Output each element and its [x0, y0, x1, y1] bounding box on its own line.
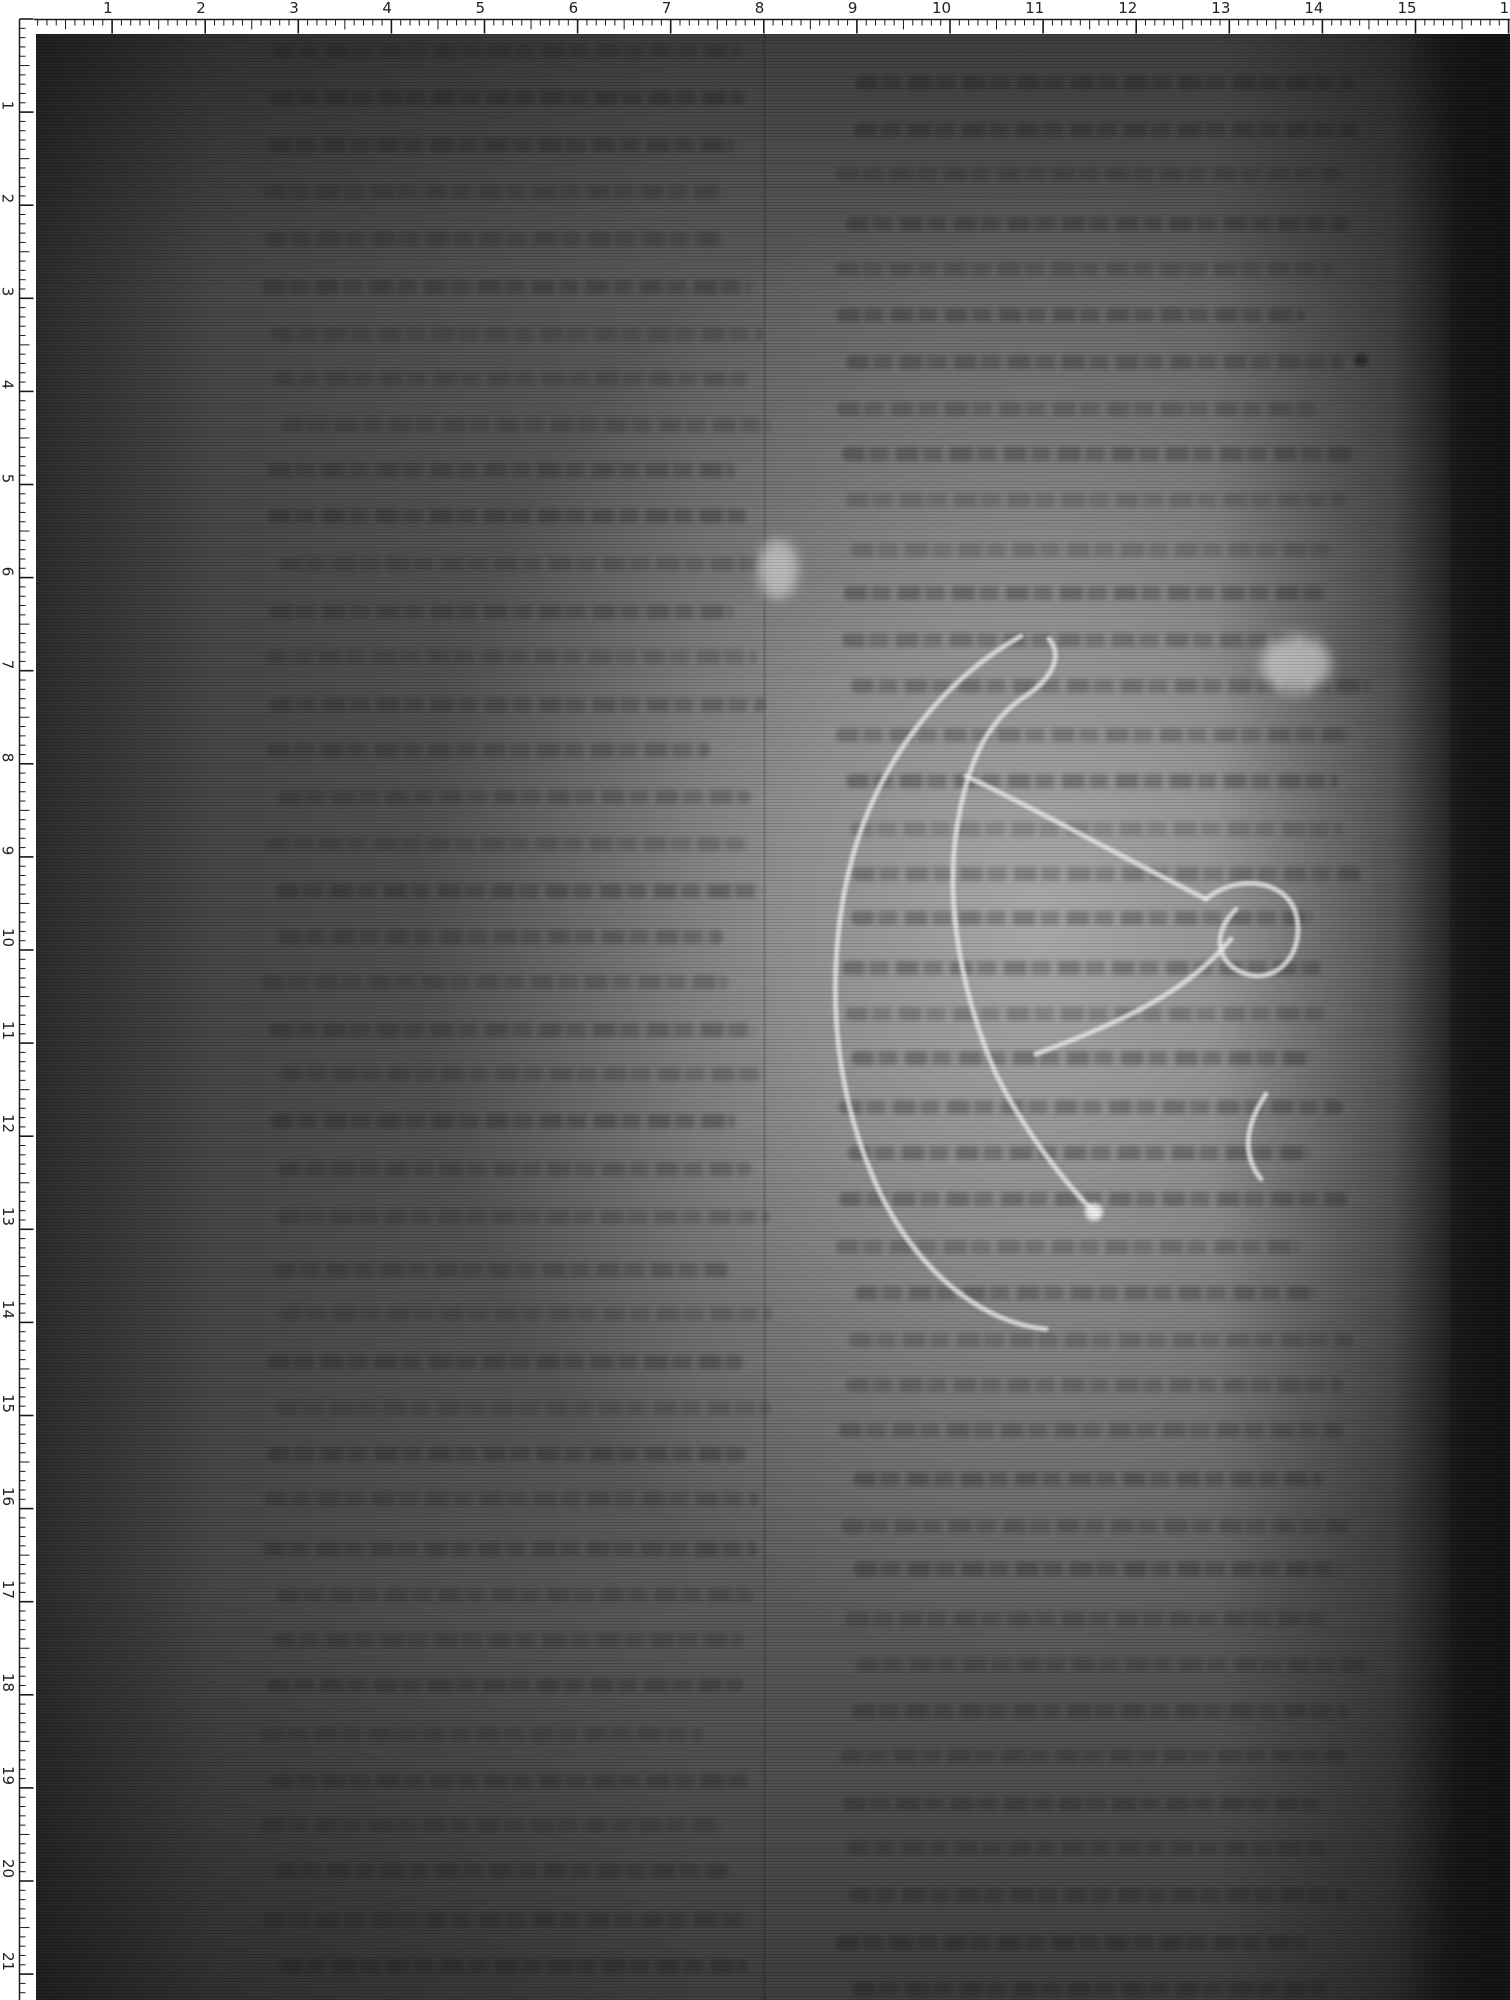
- left-ruler-label: 4: [0, 380, 14, 390]
- left-ruler-ticks: [0, 0, 34, 2000]
- left-ruler-label: 18: [0, 1673, 15, 1692]
- left-ruler-label: 7: [0, 659, 14, 669]
- left-ruler-label: 2: [0, 194, 14, 204]
- left-ruler-label: 6: [0, 566, 14, 576]
- left-ruler-label: 15: [0, 1393, 15, 1412]
- top-ruler-label: 15: [1398, 1, 1417, 16]
- left-ruler-label: 19: [0, 1766, 15, 1785]
- left-ruler-label: 5: [0, 473, 14, 483]
- left-ruler-label: 1: [0, 101, 14, 111]
- top-ruler-label: 13: [1211, 1, 1230, 16]
- left-ruler-label: 10: [0, 928, 15, 947]
- left-ruler-label: 21: [0, 1952, 15, 1971]
- left-ruler-label: 13: [0, 1207, 15, 1226]
- left-ruler-label: 9: [0, 846, 14, 856]
- scan-shading-top: [36, 34, 1510, 294]
- scan-right-edge-band: [1450, 34, 1510, 2000]
- left-ruler-label: 14: [0, 1300, 15, 1319]
- manuscript-scan: [36, 34, 1510, 2000]
- left-ruler-label: 20: [0, 1859, 15, 1878]
- left-ruler-label: 3: [0, 287, 14, 297]
- top-ruler-label: 14: [1304, 1, 1323, 16]
- top-ruler-label: 5: [476, 1, 486, 16]
- top-ruler-label: 1: [103, 1, 113, 16]
- left-ruler-label: 8: [0, 753, 14, 763]
- top-ruler-label: 4: [382, 1, 392, 16]
- left-ruler-label: 11: [0, 1021, 15, 1040]
- top-ruler-label: 1: [1500, 1, 1510, 16]
- top-ruler-label: 9: [848, 1, 858, 16]
- top-ruler-label: 10: [932, 1, 951, 16]
- top-ruler-label: 8: [755, 1, 765, 16]
- top-ruler-label: 11: [1025, 1, 1044, 16]
- left-ruler-label: 16: [0, 1487, 15, 1506]
- top-ruler-label: 2: [196, 1, 206, 16]
- top-ruler-label: 6: [569, 1, 579, 16]
- scan-shading-bottom: [36, 1580, 1510, 2000]
- top-ruler: 01234567891011121314151: [0, 0, 1510, 34]
- top-ruler-label: 12: [1118, 1, 1137, 16]
- left-ruler-label: 12: [0, 1114, 15, 1133]
- top-ruler-label: 3: [289, 1, 299, 16]
- left-ruler: 123456789101112131415161718192021: [0, 0, 34, 2000]
- top-ruler-label: 7: [662, 1, 672, 16]
- left-ruler-label: 17: [0, 1580, 15, 1599]
